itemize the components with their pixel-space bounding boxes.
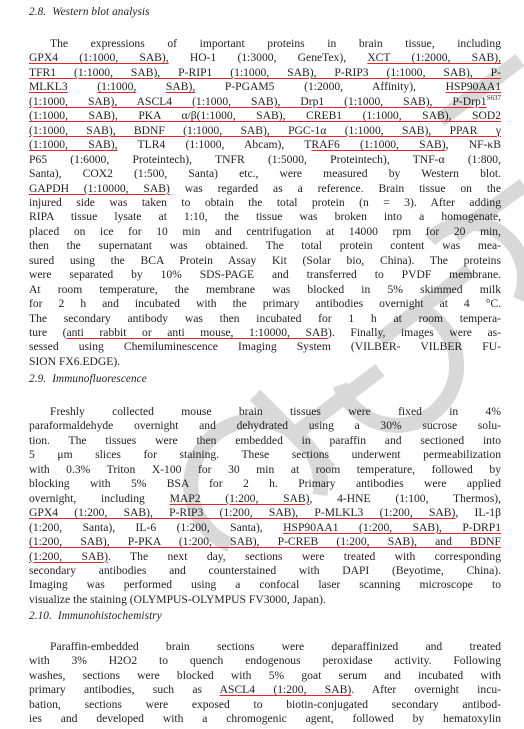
text-line: paraformaldehyde overnight and dehydrate… (29, 419, 501, 433)
text-run: secondary antibodies and counterstained … (29, 564, 501, 577)
text-run: injured side was taken to obtain the tot… (29, 196, 501, 209)
text-line: (1:1000, SAB), BDNF (1:1000, SAB), PGC-1… (29, 124, 501, 138)
underlined-antibody-text: RAF6 (1:1000, SAB) (311, 138, 445, 151)
underlined-antibody-text: GAPDH (1:10000, SAB) (29, 182, 170, 195)
text-run: TLR4 (1:1000, Abcam), T (118, 138, 312, 151)
text-line: GAPDH (1:10000, SAB) was regarded as a r… (29, 182, 501, 196)
text-line: visualize the staining (OLYMPUS-OLYMPUS … (29, 593, 501, 607)
text-run: were separated by 10% SDS-PAGE and trans… (29, 268, 501, 281)
text-run (68, 80, 98, 93)
section-title: Immunohistochemistry (58, 610, 162, 622)
text-run: (1:200, Santa), IL-6 (1:200, Santa), (29, 521, 283, 534)
section-number: 2.10. (29, 610, 52, 622)
text-line: injured side was taken to obtain the tot… (29, 196, 501, 210)
text-line: ies and developed with a chromogenic age… (29, 712, 501, 726)
text-run: with 0.3% Triton X-100 for 30 min at roo… (29, 463, 501, 476)
document-page: 2.8.Western blot analysis The expression… (0, 0, 524, 729)
underlined-antibody-text: HSP90AA1 (446, 80, 501, 93)
text-run: primary antibodies, such as (29, 683, 220, 696)
text-line: placed on ice for 10 min and centrifugat… (29, 225, 501, 239)
section-title: Western blot analysis (52, 6, 149, 18)
text-run: was regarded as a reference. Brain tissu… (170, 182, 501, 195)
text-line: ture (anti rabbit or anti mouse, 1:10000… (29, 326, 501, 340)
text-line: Freshly collected mouse brain tissues we… (50, 405, 501, 419)
text-run: RIPA tissue lysate at 1:10, the tissue w… (29, 210, 501, 223)
text-line: (1:1000, SAB), ASCL4 (1:1000, SAB), Drp1… (29, 95, 501, 109)
text-run: The expressions of important proteins in… (50, 37, 501, 50)
underlined-antibody-text: SAB), (166, 80, 195, 93)
text-line: secondary antibodies and counterstained … (29, 564, 501, 578)
text-line: GPX4 (1:200, SAB), P-RIP3 (1:200, SAB), … (29, 506, 501, 520)
text-line: (1:1000, SAB), TLR4 (1:1000, Abcam), TRA… (29, 138, 501, 152)
text-line: with 3% H2O2 to quench endogenous peroxi… (29, 654, 501, 668)
text-line: blocking with 5% BSA for 2 h. Primary an… (29, 477, 501, 491)
text-run: placed on ice for 10 min and centrifugat… (29, 225, 501, 238)
superscript: S637 (487, 94, 501, 102)
text-line: MLKL3 (1:1000, SAB), P-PGAM5 (1:2000, Af… (29, 80, 501, 94)
text-line: At room temperature, the membrane was bl… (29, 283, 501, 297)
text-run: blocking with 5% BSA for 2 h. Primary an… (29, 477, 501, 490)
text-line: (1:1000, SAB), PKA α/β(1:1000, SAB), CRE… (29, 109, 501, 123)
underlined-antibody-text: MAP2 (1:200, SAB) (170, 492, 310, 505)
text-line: 5 μm slices for staining. These sections… (29, 448, 501, 462)
section-heading-western-blot: 2.8.Western blot analysis (29, 6, 150, 18)
underlined-antibody-text: XCT (1:2000, SAB), (367, 51, 501, 64)
text-line: overnight, including MAP2 (1:200, SAB), … (29, 492, 501, 506)
section-heading-immunofluorescence: 2.9.Immunofluorescence (29, 373, 147, 385)
underlined-antibody-text: (1:1000, SAB), (29, 138, 118, 151)
text-line: sessed using Chemiluminescence Imaging S… (29, 340, 501, 354)
text-run: sured using the BCA Protein Assay Kit (S… (29, 254, 501, 267)
underlined-antibody-text: (1:200, SAB), P-PKA (1:200, SAB), P-CREB… (29, 535, 501, 548)
text-line: Santa), COX2 (1:500, Santa) etc., were m… (29, 167, 501, 181)
underlined-antibody-text: TFR1 (1:1000, SAB), P-RIP1 (1:1000, SAB)… (29, 66, 501, 79)
text-run: with 3% H2O2 to quench endogenous peroxi… (29, 654, 501, 667)
text-run: Imaging was performed using a confocal l… (29, 578, 501, 591)
text-line: GPX4 (1:1000, SAB), HO-1 (1:3000, GeneTe… (29, 51, 501, 65)
text-run: , IL-1β (455, 506, 501, 519)
section-number: 2.9. (29, 373, 46, 385)
text-run (136, 80, 166, 93)
text-run: . After overnight incu- (351, 683, 501, 696)
text-line: then the supernatant was obtained. The t… (29, 239, 501, 253)
text-run: washes, sections were blocked with 5% go… (29, 669, 501, 682)
underlined-antibody-text: (1:1000, (97, 80, 136, 93)
section-title: Immunofluorescence (52, 373, 147, 385)
text-run: At room temperature, the membrane was bl… (29, 283, 501, 296)
text-line: washes, sections were blocked with 5% go… (29, 669, 501, 683)
underlined-antibody-text: ASCL4 (1:200, SAB) (220, 683, 352, 696)
text-line: primary antibodies, such as ASCL4 (1:200… (29, 683, 501, 697)
text-line: (1:200, Santa), IL-6 (1:200, Santa), HSP… (29, 521, 501, 535)
underlined-antibody-text: HSP90AA1 (1:200, SAB), P-DRP1 (283, 521, 501, 534)
text-line: Paraffin-embedded brain sections were de… (50, 640, 501, 654)
text-run: Santa), COX2 (1:500, Santa) etc., were m… (29, 167, 501, 180)
text-run: overnight, including (29, 492, 170, 505)
text-run: 5 μm slices for staining. These sections… (29, 448, 501, 461)
text-line: P65 (1:6000, Proteintech), TNFR (1:5000,… (29, 153, 501, 167)
text-run: . The next day, sections were treated wi… (108, 550, 501, 563)
text-line: sured using the BCA Protein Assay Kit (S… (29, 254, 501, 268)
underlined-antibody-text: (1:200, SAB) (29, 550, 108, 563)
text-line: TFR1 (1:1000, SAB), P-RIP1 (1:1000, SAB)… (29, 66, 501, 80)
section-heading-immunohistochemistry: 2.10.Immunohistochemistry (29, 610, 162, 622)
underlined-antibody-text: anti rabbit or anti mouse, 1:10000, SAB (66, 326, 328, 339)
text-line: for 2 h and incubated with the primary a… (29, 297, 501, 311)
text-run: P65 (1:6000, Proteintech), TNFR (1:5000,… (29, 153, 501, 166)
text-line: RIPA tissue lysate at 1:10, the tissue w… (29, 210, 501, 224)
text-line: The secondary antibody was then incubate… (29, 312, 501, 326)
text-run: paraformaldehyde overnight and dehydrate… (29, 419, 501, 432)
text-run: Paraffin-embedded brain sections were de… (50, 640, 501, 653)
text-run: ). Finally, images were as- (328, 326, 501, 339)
text-run: P-PGAM5 (1:2000, Affinity), (195, 80, 445, 93)
text-line: with 0.3% Triton X-100 for 30 min at roo… (29, 463, 501, 477)
text-line: tion. The tissues were then embedded in … (29, 434, 501, 448)
underlined-antibody-text: (1:1000, SAB), PKA α/β(1:1000, SAB), CRE… (29, 109, 501, 122)
text-run: sessed using Chemiluminescence Imaging S… (29, 340, 501, 353)
text-line: were separated by 10% SDS-PAGE and trans… (29, 268, 501, 282)
text-line: bation, sections were exposed to biotin-… (29, 698, 501, 712)
text-run: for 2 h and incubated with the primary a… (29, 297, 501, 310)
section-number: 2.8. (29, 6, 46, 18)
text-run: , NF-κB (446, 138, 501, 151)
text-run: SION FX6.EDGE). (29, 355, 120, 368)
text-run: ies and developed with a chromogenic age… (29, 712, 501, 725)
underlined-antibody-text: MLKL3 (29, 80, 68, 93)
text-run: The secondary antibody was then incubate… (29, 312, 501, 325)
text-run: then the supernatant was obtained. The t… (29, 239, 501, 252)
text-line: Imaging was performed using a confocal l… (29, 578, 501, 592)
underlined-antibody-text: (1:1000, SAB), ASCL4 (1:1000, SAB), Drp1… (29, 95, 487, 108)
text-run: ture ( (29, 326, 66, 339)
text-line: (1:200, SAB). The next day, sections wer… (29, 550, 501, 564)
underlined-antibody-text: GPX4 (1:1000, SAB), (29, 51, 169, 64)
underlined-antibody-text: (1:1000, SAB), BDNF (1:1000, SAB), PGC-1… (29, 124, 501, 137)
underlined-antibody-text: GPX4 (1:200, SAB), P-RIP3 (1:200, SAB), … (29, 506, 455, 519)
text-run: Freshly collected mouse brain tissues we… (50, 405, 501, 418)
text-run: bation, sections were exposed to biotin-… (29, 698, 501, 711)
text-line: (1:200, SAB), P-PKA (1:200, SAB), P-CREB… (29, 535, 501, 549)
text-run: , 4-HNE (1:100, Thermos), (310, 492, 501, 505)
text-line: SION FX6.EDGE). (29, 355, 501, 369)
text-line: The expressions of important proteins in… (50, 37, 501, 51)
text-run: visualize the staining (OLYMPUS-OLYMPUS … (29, 593, 326, 606)
text-run: tion. The tissues were then embedded in … (29, 434, 501, 447)
text-run: HO-1 (1:3000, GeneTex), (169, 51, 368, 64)
